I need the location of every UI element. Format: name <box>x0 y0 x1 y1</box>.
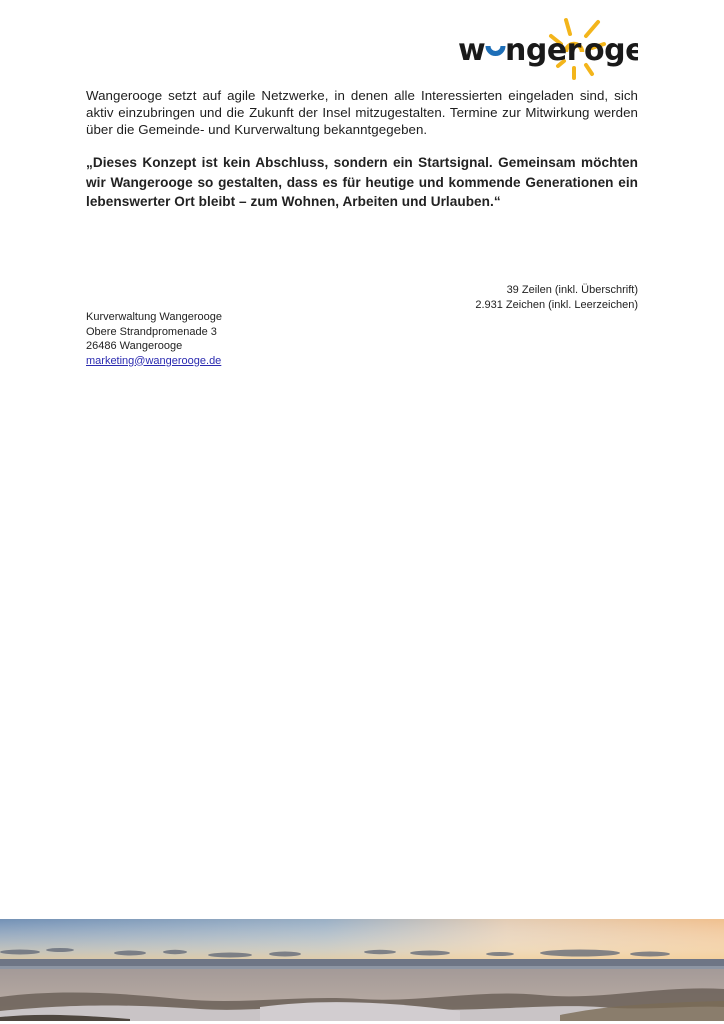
footer-beach-panorama <box>0 919 724 1021</box>
line-count: 39 Zeilen (inkl. Überschrift) <box>475 283 638 298</box>
wangerooge-logo: w nger oge <box>458 14 638 80</box>
character-count: 2.931 Zeichen (inkl. Leerzeichen) <box>475 298 638 313</box>
email-link[interactable]: marketing@wangerooge.de <box>86 355 221 367</box>
city-address: 26486 Wangerooge <box>86 339 222 354</box>
street-address: Obere Strandpromenade 3 <box>86 325 222 340</box>
svg-text:oge: oge <box>584 33 638 68</box>
body-paragraph: Wangerooge setzt auf agile Netzwerke, in… <box>86 87 638 138</box>
organization-name: Kurverwaltung Wangerooge <box>86 310 222 325</box>
contact-address: Kurverwaltung Wangerooge Obere Strandpro… <box>86 310 222 368</box>
quote-paragraph: „Dieses Konzept ist kein Abschluss, sond… <box>86 153 638 212</box>
svg-text:w: w <box>458 33 485 68</box>
text-statistics: 39 Zeilen (inkl. Überschrift) 2.931 Zeic… <box>475 283 638 312</box>
svg-text:nger: nger <box>505 33 582 68</box>
